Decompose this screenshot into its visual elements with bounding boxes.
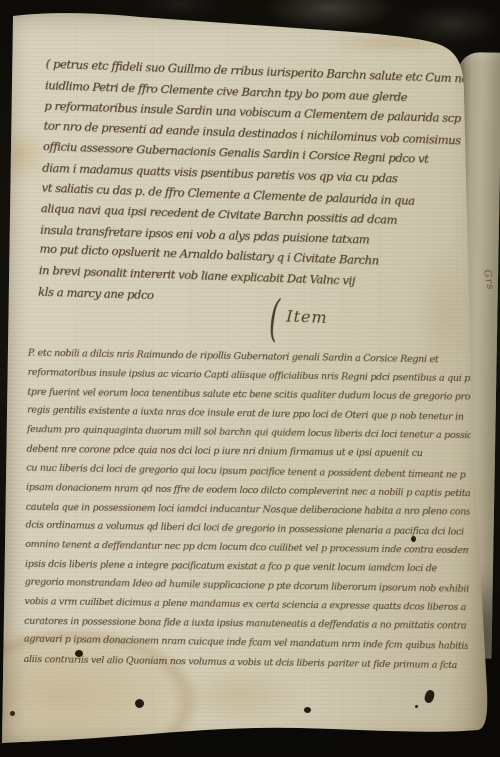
ink-blot xyxy=(415,705,418,708)
ink-blot xyxy=(411,536,416,542)
stain xyxy=(172,666,302,724)
item-heading: ( Item xyxy=(270,299,329,327)
heading-word: Item xyxy=(279,299,328,327)
manuscript-page: ( petrus etc ffideli suo Guillmo de rrib… xyxy=(0,0,500,757)
manuscript-photo: Grs ( petrus etc ffideli suo Guillmo de … xyxy=(0,0,500,757)
ink-blot xyxy=(75,650,83,657)
ink-blot xyxy=(10,711,15,716)
letter-paragraph-1: ( petrus etc ffideli suo Guillmo de rrib… xyxy=(38,54,464,315)
ink-blot xyxy=(135,699,144,708)
heading-flourish: ( xyxy=(268,294,280,344)
ink-blot xyxy=(304,707,311,713)
letter-paragraph-2: P. etc nobili a dilcis nris Raimundo de … xyxy=(23,344,471,675)
marginal-annotation: Grs xyxy=(481,269,496,292)
ink-blot xyxy=(423,689,436,704)
